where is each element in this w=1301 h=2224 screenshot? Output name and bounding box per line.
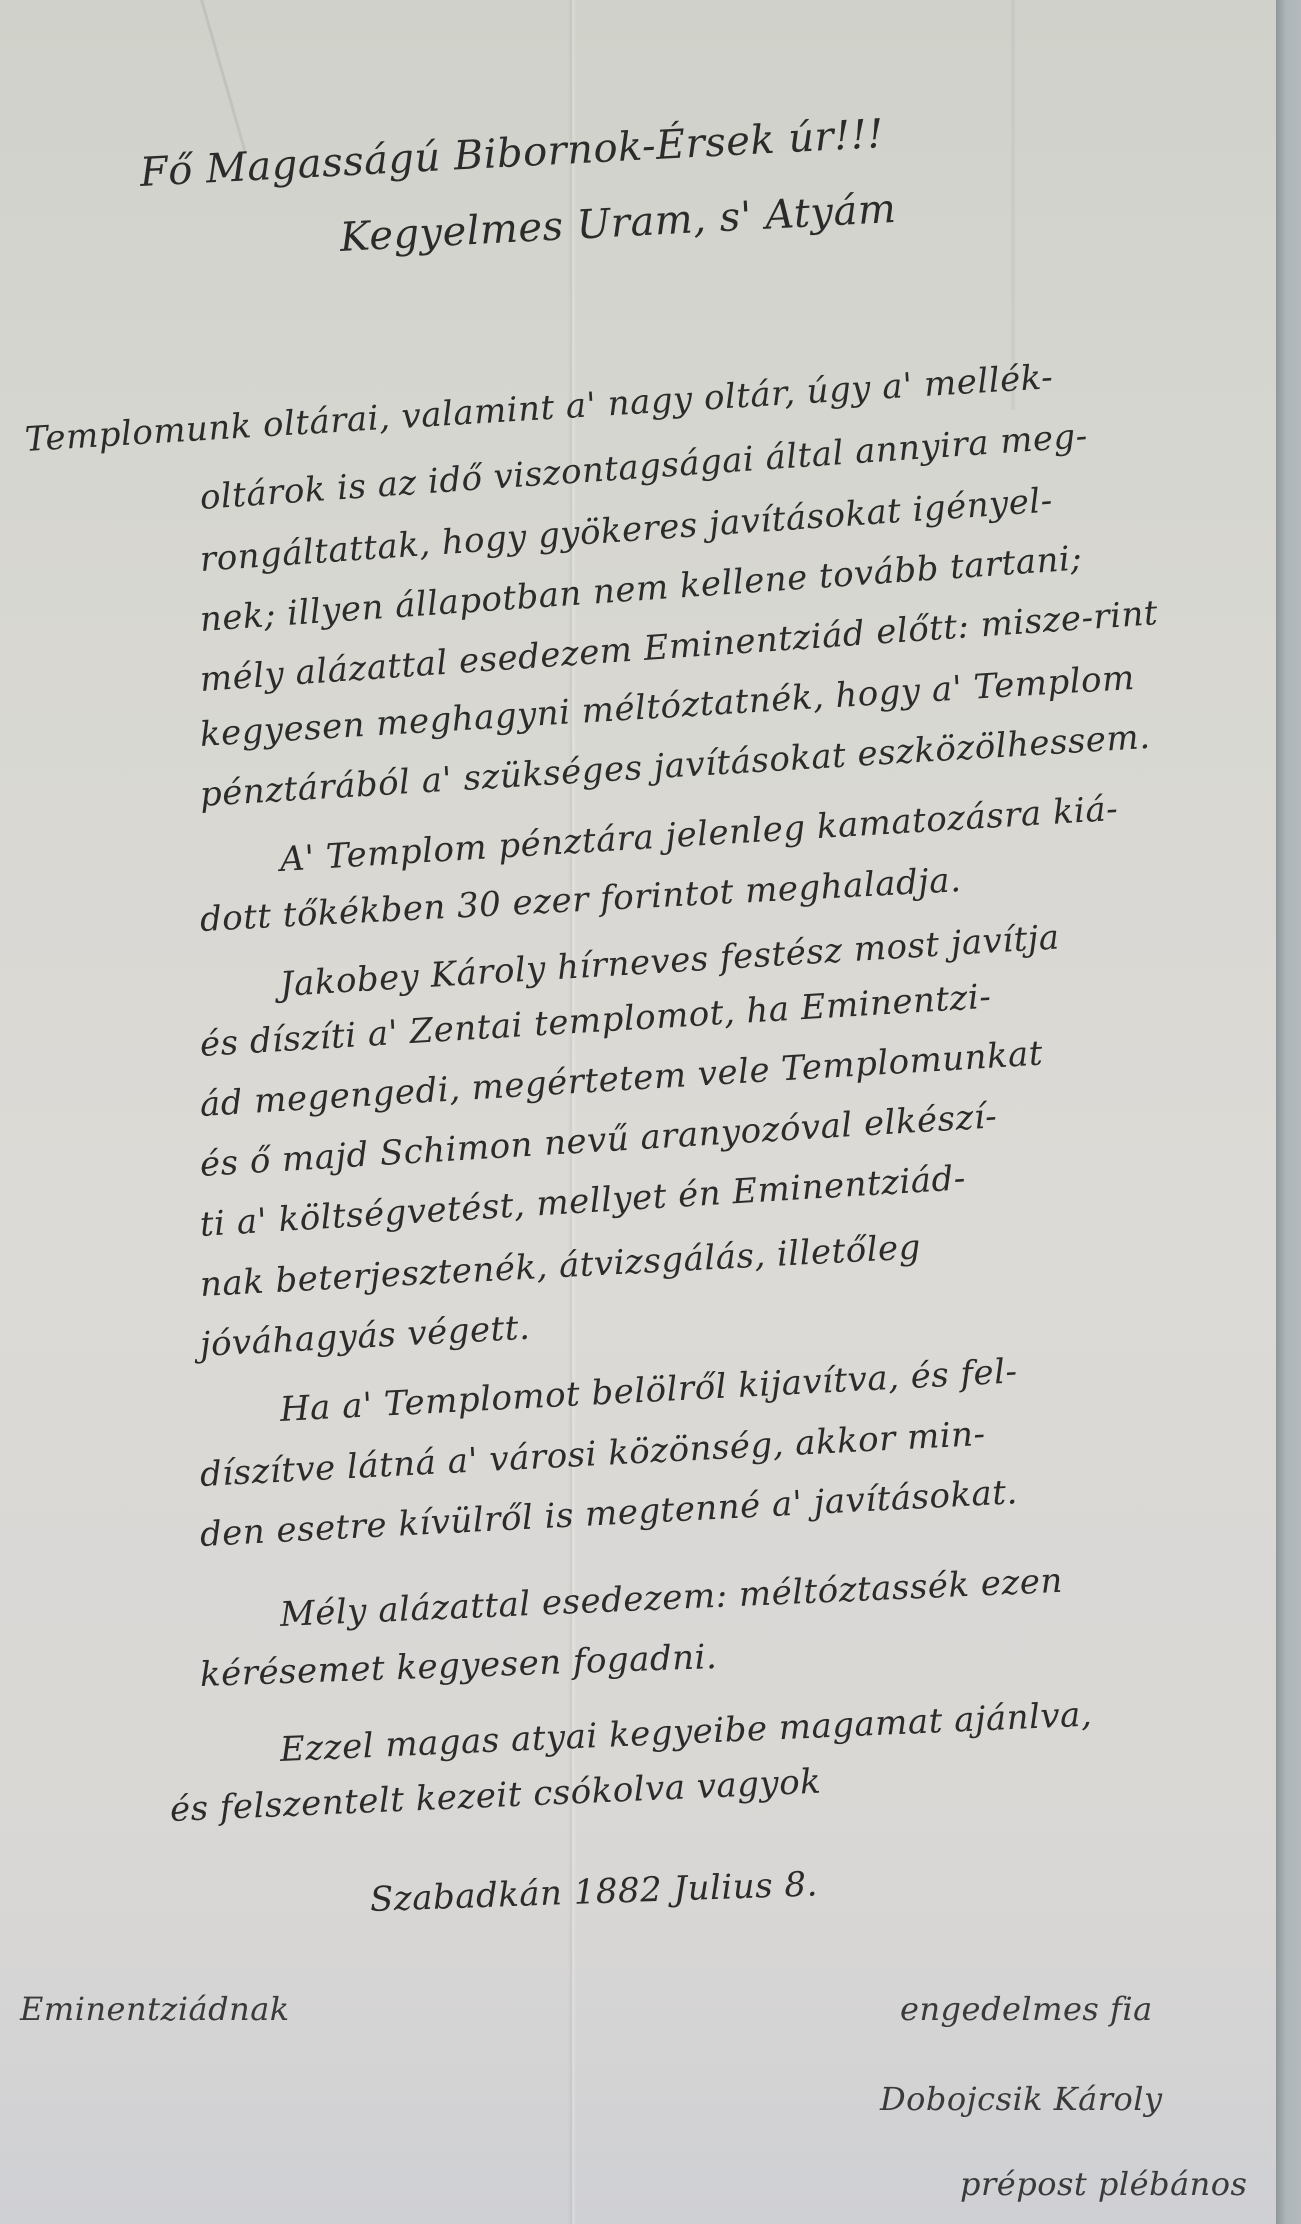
letter-paper: Fő Magasságú Bibornok-Érsek úr!!! Kegyel… <box>0 0 1276 2224</box>
upper-fold-line <box>1010 0 1016 410</box>
body-line: jóváhagyás végett. <box>199 1308 531 1365</box>
body-line: kérésemet kegyesen fogadni. <box>199 1637 718 1695</box>
signature-name: Dobojcsik Károly <box>880 2080 1163 2118</box>
closing-line-1: engedelmes fia <box>900 1990 1153 2028</box>
body-line: és felszentelt kezeit csókolva vagyok <box>169 1762 822 1830</box>
closing-addressee: Eminentziádnak <box>20 1990 290 2028</box>
body-line: nak beterjesztenék, átvizsgálás, illetől… <box>199 1227 922 1305</box>
signature-title: prépost plébános <box>960 2165 1247 2203</box>
body-line: Ezzel magas atyai kegyeibe magamat ajánl… <box>279 1695 1093 1770</box>
salutation-line-1: Fő Magasságú Bibornok-Érsek úr!!! <box>139 111 885 196</box>
salutation-line-2: Kegyelmes Uram, s' Atyám <box>339 186 898 261</box>
body-line: Mély alázattal esedezem: méltóztassék ez… <box>279 1561 1064 1635</box>
background-edge <box>1276 0 1301 2224</box>
place-and-date: Szabadkán 1882 Julius 8. <box>369 1864 818 1920</box>
paper-crease <box>200 0 247 154</box>
